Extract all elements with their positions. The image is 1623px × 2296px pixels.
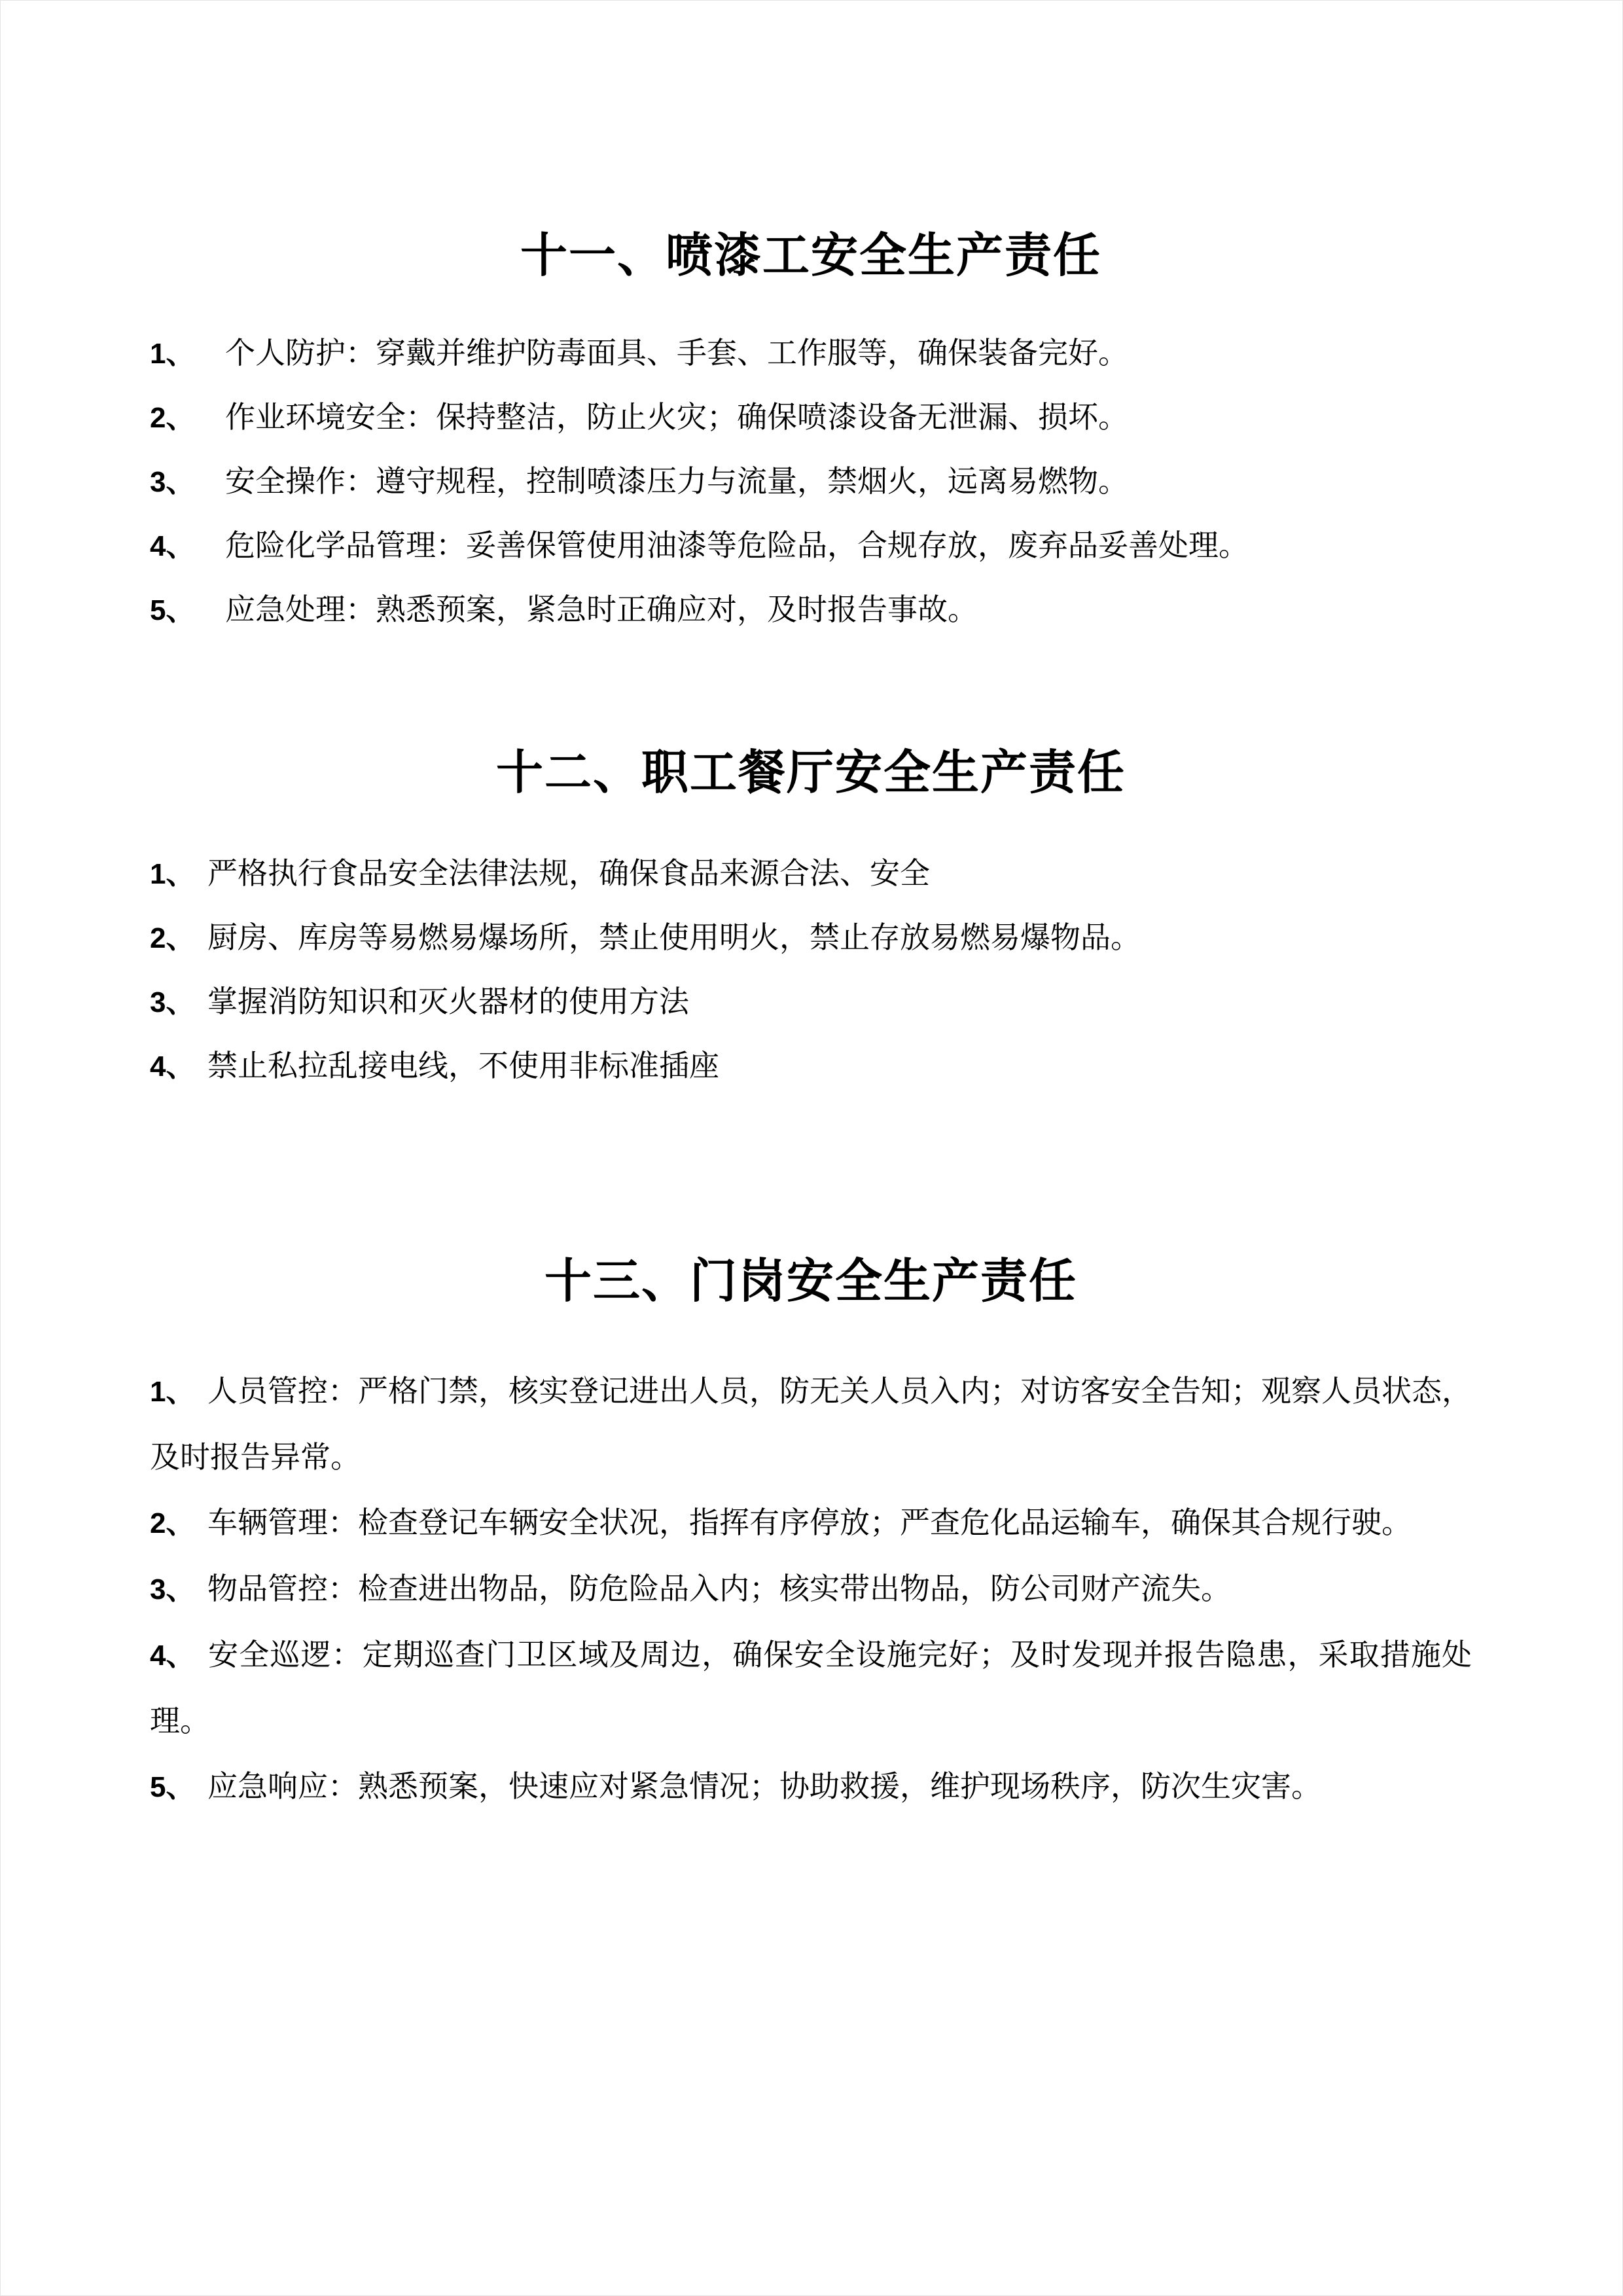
item-text: 厨房、库房等易燃易爆场所，禁止使用明火，禁止存放易燃易爆物品。 — [207, 921, 1141, 954]
list-item: 2、车辆管理：检查登记车辆安全状况，指挥有序停放；严查危化品运输车，确保其合规行… — [150, 1490, 1472, 1556]
item-number: 2、 — [150, 906, 207, 970]
item-text: 车辆管理：检查登记车辆安全状况，指挥有序停放；严查危化品运输车，确保其合规行驶。 — [207, 1506, 1412, 1539]
item-text: 作业环境安全：保持整洁，防止火灾；确保喷漆设备无泄漏、损坏。 — [225, 401, 1128, 434]
list-item: 1、人员管控：严格门禁，核实登记进出人员，防无关人员入内；对访客安全告知；观察人… — [150, 1359, 1472, 1490]
list-item: 4、安全巡逻：定期巡查门卫区域及周边，确保安全设施完好；及时发现并报告隐患，采取… — [150, 1623, 1472, 1754]
item-number: 5、 — [150, 1755, 207, 1820]
item-number: 3、 — [150, 450, 225, 514]
list-item: 4、禁止私拉乱接电线，不使用非标准插座 — [150, 1034, 1472, 1098]
section-title: 十二、职工餐厅安全生产责任 — [150, 740, 1472, 806]
item-text: 危险化学品管理：妥善保管使用油漆等危险品，合规存放，废弃品妥善处理。 — [225, 529, 1249, 562]
list-item: 1、个人防护：穿戴并维护防毒面具、手套、工作服等，确保装备完好。 — [150, 321, 1472, 386]
section-item-list: 1、个人防护：穿戴并维护防毒面具、手套、工作服等，确保装备完好。 2、作业环境安… — [150, 321, 1472, 642]
list-item: 4、危险化学品管理：妥善保管使用油漆等危险品，合规存放，废弃品妥善处理。 — [150, 514, 1472, 578]
item-number: 3、 — [150, 971, 207, 1034]
item-text: 安全操作：遵守规程，控制喷漆压力与流量，禁烟火，远离易燃物。 — [225, 465, 1128, 498]
item-text: 应急处理：熟悉预案，紧急时正确应对，及时报告事故。 — [225, 593, 978, 626]
item-text: 个人防护：穿戴并维护防毒面具、手套、工作服等，确保装备完好。 — [225, 336, 1128, 370]
item-text: 物品管控：检查进出物品，防危险品入内；核实带出物品，防公司财产流失。 — [207, 1572, 1231, 1605]
item-number: 2、 — [150, 1491, 207, 1556]
item-number: 1、 — [150, 842, 207, 906]
item-number: 4、 — [150, 1623, 207, 1689]
item-number: 4、 — [150, 1035, 207, 1098]
list-item: 5、应急响应：熟悉预案，快速应对紧急情况；协助救援，维护现场秩序，防次生灾害。 — [150, 1754, 1472, 1820]
list-item: 3、安全操作：遵守规程，控制喷漆压力与流量，禁烟火，远离易燃物。 — [150, 450, 1472, 514]
document-section: 十三、门岗安全生产责任 1、人员管控：严格门禁，核实登记进出人员，防无关人员入内… — [150, 1249, 1472, 1820]
list-item: 3、掌握消防知识和灭火器材的使用方法 — [150, 970, 1472, 1034]
item-text: 严格执行食品安全法律法规，确保食品来源合法、安全 — [207, 857, 930, 890]
item-text: 掌握消防知识和灭火器材的使用方法 — [207, 985, 689, 1018]
item-number: 2、 — [150, 386, 225, 450]
item-number: 5、 — [150, 579, 225, 642]
section-title: 十一、喷漆工安全生产责任 — [150, 223, 1472, 289]
document-page: 十一、喷漆工安全生产责任 1、个人防护：穿戴并维护防毒面具、手套、工作服等，确保… — [0, 0, 1623, 2296]
list-item: 2、厨房、库房等易燃易爆场所，禁止使用明火，禁止存放易燃易爆物品。 — [150, 906, 1472, 970]
list-item: 1、严格执行食品安全法律法规，确保食品来源合法、安全 — [150, 842, 1472, 906]
item-number: 1、 — [150, 1359, 207, 1425]
document-section: 十二、职工餐厅安全生产责任 1、严格执行食品安全法律法规，确保食品来源合法、安全… — [150, 740, 1472, 1098]
list-item: 5、应急处理：熟悉预案，紧急时正确应对，及时报告事故。 — [150, 578, 1472, 642]
list-item: 3、物品管控：检查进出物品，防危险品入内；核实带出物品，防公司财产流失。 — [150, 1556, 1472, 1623]
section-item-list: 1、人员管控：严格门禁，核实登记进出人员，防无关人员入内；对访客安全告知；观察人… — [150, 1359, 1472, 1820]
item-text: 应急响应：熟悉预案，快速应对紧急情况；协助救援，维护现场秩序，防次生灾害。 — [207, 1770, 1321, 1803]
item-number: 4、 — [150, 514, 225, 578]
item-number: 1、 — [150, 322, 225, 386]
document-section: 十一、喷漆工安全生产责任 1、个人防护：穿戴并维护防毒面具、手套、工作服等，确保… — [150, 223, 1472, 642]
section-item-list: 1、严格执行食品安全法律法规，确保食品来源合法、安全 2、厨房、库房等易燃易爆场… — [150, 842, 1472, 1098]
list-item: 2、作业环境安全：保持整洁，防止火灾；确保喷漆设备无泄漏、损坏。 — [150, 386, 1472, 450]
item-number: 3、 — [150, 1557, 207, 1623]
section-title: 十三、门岗安全生产责任 — [150, 1249, 1472, 1314]
item-text: 安全巡逻：定期巡查门卫区域及周边，确保安全设施完好；及时发现并报告隐患，采取措施… — [150, 1638, 1472, 1738]
item-text: 禁止私拉乱接电线，不使用非标准插座 — [207, 1049, 719, 1083]
item-text: 人员管控：严格门禁，核实登记进出人员，防无关人员入内；对访客安全告知；观察人员状… — [150, 1374, 1472, 1474]
